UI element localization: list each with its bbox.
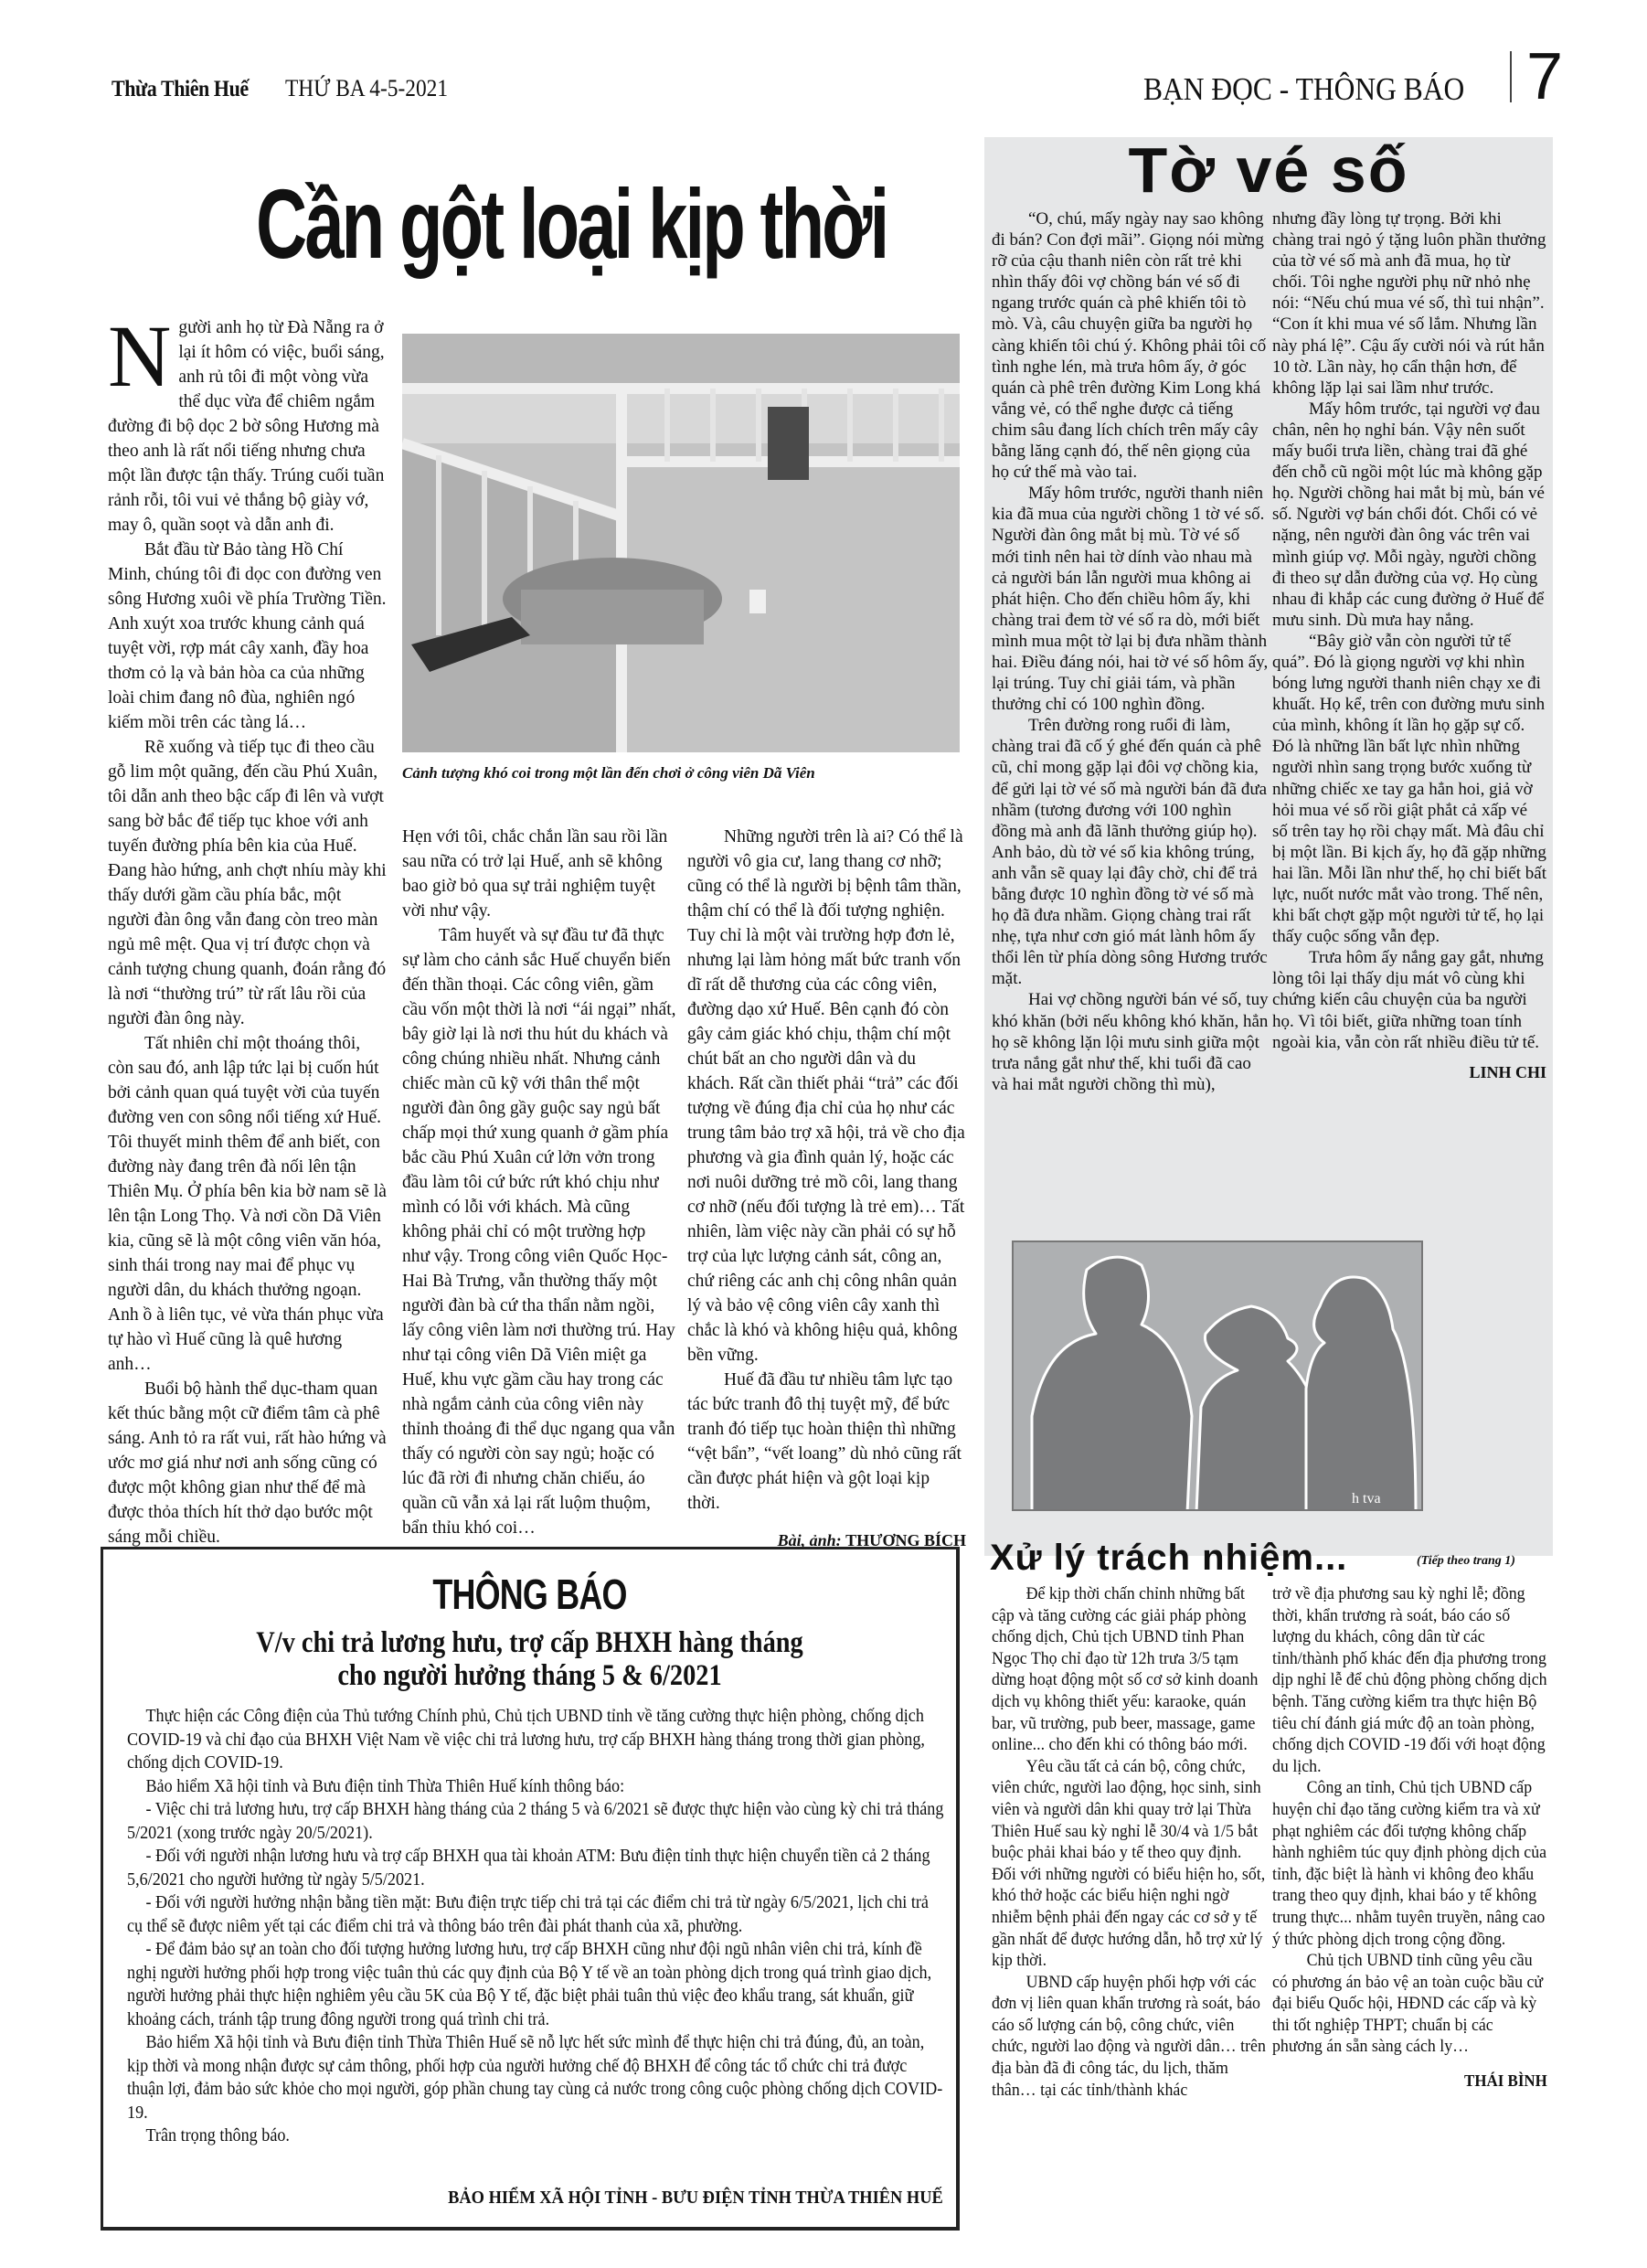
paragraph: Hẹn với tôi, chắc chắn lần sau rồi lần s… bbox=[402, 825, 676, 923]
xuly-byline: THÁI BÌNH bbox=[1272, 2071, 1547, 2092]
notice-paragraph: Bảo hiểm Xã hội tỉnh và Bưu điện tỉnh Th… bbox=[127, 2031, 947, 2124]
paragraph: Huế đã đầu tư nhiều tâm lực tạo tác bức … bbox=[687, 1368, 966, 1516]
notice-subtitle-line-1: V/v chi trả lương hưu, trợ cấp BHXH hàng… bbox=[163, 1626, 896, 1660]
main-article-column-1: Người anh họ từ Đà Nẵng ra ở lại ít hôm … bbox=[108, 315, 387, 1549]
header-divider bbox=[1510, 51, 1512, 102]
section-title: BẠN ĐỌC - THÔNG BÁO bbox=[1143, 71, 1464, 108]
paragraph: Yêu cầu tất cả cán bộ, công chức, viên c… bbox=[992, 1756, 1267, 1972]
drop-cap: N bbox=[108, 321, 171, 392]
illustration-icon: h tva bbox=[1014, 1242, 1423, 1511]
notice-paragraph: Thực hiện các Công điện của Thủ tướng Ch… bbox=[127, 1705, 947, 1775]
park-bench-sleeping-person-photo bbox=[402, 334, 960, 752]
paragraph: Buổi bộ hành thể dục-tham quan kết thúc … bbox=[108, 1377, 387, 1549]
paragraph: Mấy hôm trước, người thanh niên kia đã m… bbox=[992, 483, 1270, 715]
notice-paragraph: - Đối với người nhận lương hưu và trợ cấ… bbox=[127, 1845, 947, 1891]
notice-body: Thực hiện các Công điện của Thủ tướng Ch… bbox=[127, 1705, 947, 2148]
paragraph: Tâm huyết và sự đầu tư đã thực sự làm ch… bbox=[402, 923, 676, 1540]
paragraph: nhưng đầy lòng tự trọng. Bởi khi chàng t… bbox=[1272, 208, 1546, 399]
notice-signature: BẢO HIỂM XÃ HỘI TỈNH - BƯU ĐIỆN TỈNH THỪ… bbox=[448, 2188, 943, 2209]
paragraph: Rẽ xuống và tiếp tục đi theo cầu gỗ lim … bbox=[108, 735, 387, 1031]
paragraph: Hai vợ chồng người bán vé số, tuy khó kh… bbox=[992, 989, 1270, 1094]
notice-title: THÔNG BÁO bbox=[197, 1570, 863, 1619]
paragraph: Trên đường rong ruổi đi làm, chàng trai … bbox=[992, 715, 1270, 989]
paragraph: Mấy hôm trước, tại người vợ đau chân, nê… bbox=[1272, 399, 1546, 631]
notice-subtitle-line-2: cho người hưởng tháng 5 & 6/2021 bbox=[163, 1659, 896, 1693]
paragraph: “Bây giờ vẫn còn người tử tế quá”. Đó là… bbox=[1272, 631, 1546, 947]
lottery-byline: LINH CHI bbox=[1272, 1062, 1546, 1083]
notice-paragraph: Trân trọng thông báo. bbox=[127, 2124, 947, 2148]
paragraph: Công an tỉnh, Chủ tịch UBND cấp huyện ch… bbox=[1272, 1777, 1547, 1950]
lottery-column-2: nhưng đầy lòng tự trọng. Bởi khi chàng t… bbox=[1272, 208, 1546, 1083]
paragraph: Chủ tịch UBND tỉnh cũng yêu cầu có phươn… bbox=[1272, 1950, 1547, 2058]
issue-date: THỨ BA 4-5-2021 bbox=[285, 75, 448, 102]
paragraph: Những người trên là ai? Có thể là người … bbox=[687, 825, 966, 1368]
paragraph: Trưa hôm ấy nắng gay gắt, nhưng lòng tôi… bbox=[1272, 947, 1546, 1052]
paragraph: Người anh họ từ Đà Nẵng ra ở lại ít hôm … bbox=[108, 315, 387, 538]
paragraph: Tất nhiên chỉ một thoáng thôi, còn sau đ… bbox=[108, 1031, 387, 1377]
paragraph: “O, chú, mấy ngày nay sao không đi bán? … bbox=[992, 208, 1270, 483]
continued-note: (Tiếp theo trang 1) bbox=[1417, 1554, 1515, 1569]
main-headline: Cần gột loại kịp thời bbox=[256, 174, 887, 274]
main-article-column-3: Những người trên là ai? Có thể là người … bbox=[687, 825, 966, 1553]
notice-paragraph: Bảo hiểm Xã hội tỉnh và Bưu điện tỉnh Th… bbox=[127, 1775, 947, 1799]
xuly-column-2: trở về địa phương sau kỳ nghỉ lễ; đồng t… bbox=[1272, 1583, 1547, 2092]
main-article-column-2: Hẹn với tôi, chắc chắn lần sau rồi lần s… bbox=[402, 825, 676, 1540]
notice-paragraph: - Việc chi trả lương hưu, trợ cấp BHXH h… bbox=[127, 1798, 947, 1845]
page-number: 7 bbox=[1526, 44, 1563, 110]
xuly-column-1: Để kịp thời chấn chỉnh những bất cập và … bbox=[992, 1583, 1267, 2101]
three-people-lottery-illustration: h tva bbox=[1012, 1240, 1423, 1511]
paragraph: Để kịp thời chấn chỉnh những bất cập và … bbox=[992, 1583, 1267, 1756]
paragraph: UBND cấp huyện phối hợp với các đơn vị l… bbox=[992, 1972, 1267, 2102]
lottery-column-1: “O, chú, mấy ngày nay sao không đi bán? … bbox=[992, 208, 1270, 1095]
photo-caption: Cảnh tượng khó coi trong một lần đến chơ… bbox=[402, 764, 815, 783]
paragraph: trở về địa phương sau kỳ nghỉ lễ; đồng t… bbox=[1272, 1583, 1547, 1777]
paragraph: Bắt đầu từ Bảo tàng Hồ Chí Minh, chúng t… bbox=[108, 538, 387, 735]
notice-paragraph: - Đối với người hưởng nhận bằng tiền mặt… bbox=[127, 1891, 947, 1938]
xuly-headline: Xử lý trách nhiệm... bbox=[990, 1538, 1347, 1579]
lottery-story-title: Tờ vé số bbox=[984, 137, 1553, 203]
photo-illustration-icon bbox=[402, 334, 960, 752]
notice-paragraph: - Để đảm bảo sự an toàn cho đối tượng hư… bbox=[127, 1938, 947, 2031]
pension-notice-box: THÔNG BÁO V/v chi trả lương hưu, trợ cấp… bbox=[101, 1547, 960, 2231]
masthead: Thừa Thiên Huế bbox=[112, 77, 249, 102]
svg-text:h tva: h tva bbox=[1352, 1491, 1381, 1507]
